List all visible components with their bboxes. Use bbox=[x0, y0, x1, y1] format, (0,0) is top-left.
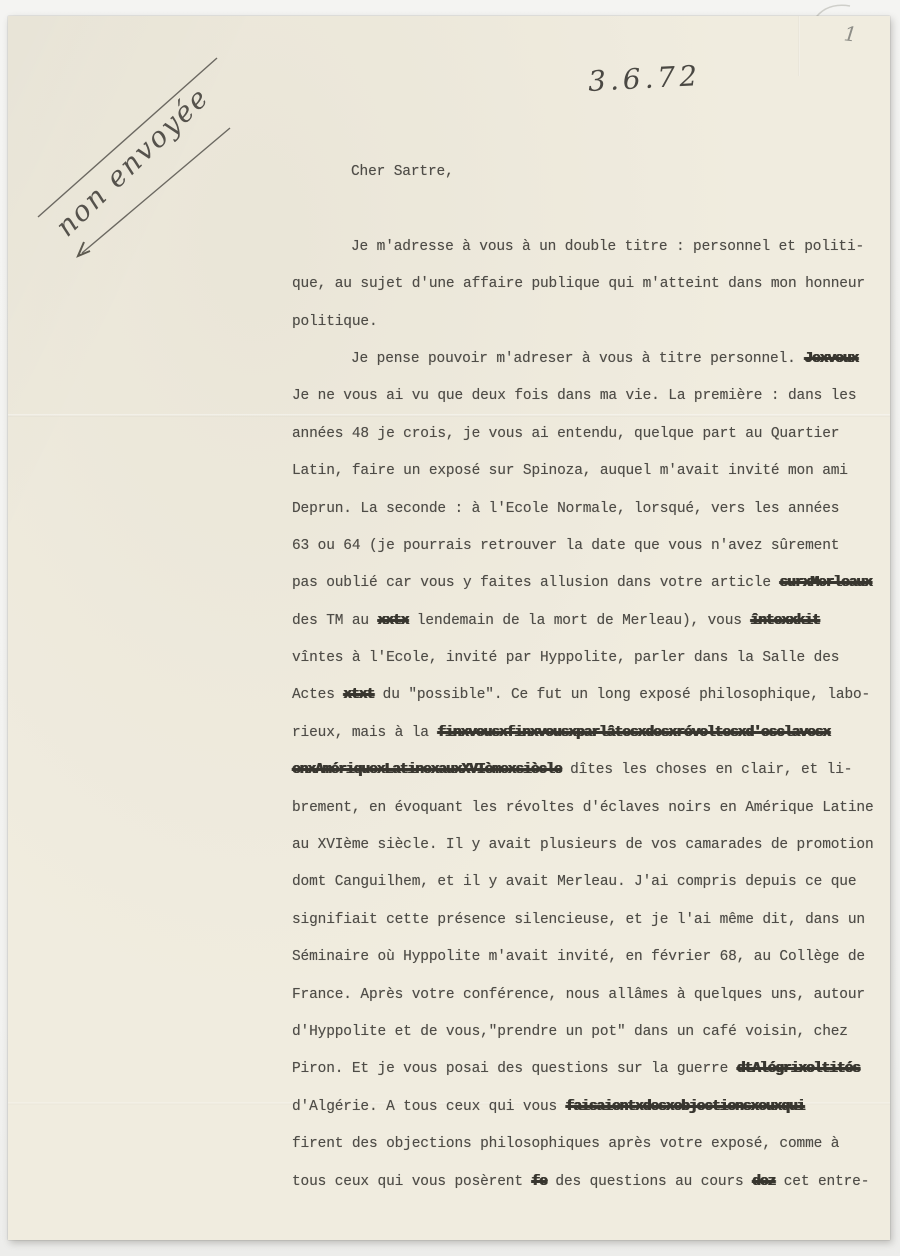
typed-text: dîtes les choses en clair, et li- bbox=[562, 762, 853, 778]
handwritten-annotation: non envoyée bbox=[35, 50, 265, 290]
typed-text: domt Canguilhem, et il y avait Merleau. … bbox=[292, 874, 856, 890]
typed-text: France. Après votre conférence, nous all… bbox=[292, 987, 865, 1003]
letter-line: au XVIème siècle. Il y avait plusieurs d… bbox=[292, 827, 880, 864]
handwritten-date: 3.6.72 bbox=[587, 59, 702, 98]
struck-text: dtAlégrixoltités bbox=[737, 1061, 860, 1077]
typed-text: au XVIème siècle. Il y avait plusieurs d… bbox=[292, 837, 874, 853]
struck-text: xtxt bbox=[343, 687, 374, 703]
typed-text: lendemain de la mort de Merleau), vous bbox=[408, 613, 750, 629]
letter-line: France. Après votre conférence, nous all… bbox=[292, 977, 880, 1014]
arrow-icon bbox=[78, 242, 90, 256]
typed-text: cet entre- bbox=[775, 1174, 869, 1190]
salutation: Cher Sartre, bbox=[292, 154, 880, 191]
letter-line: firent des objections philosophiques apr… bbox=[292, 1126, 880, 1163]
letter-line: domt Canguilhem, et il y avait Merleau. … bbox=[292, 864, 880, 901]
struck-text: dez bbox=[752, 1174, 775, 1190]
letter-line: d'Hyppolite et de vous,"prendre un pot" … bbox=[292, 1014, 880, 1051]
page-number: 1 bbox=[843, 21, 858, 46]
letter-line: d'Algérie. A tous ceux qui vous faisaien… bbox=[292, 1089, 880, 1126]
typed-text: Latin, faire un exposé sur Spinoza, auqu… bbox=[292, 463, 848, 479]
letter-line: signifiait cette présence silencieuse, e… bbox=[292, 902, 880, 939]
letter-line: enxAmériquexLatinexauxXVIèmexsiècle dîte… bbox=[292, 752, 880, 789]
letter-line: Je m'adresse à vous à un double titre : … bbox=[292, 229, 880, 266]
typed-text: firent des objections philosophiques apr… bbox=[292, 1136, 839, 1152]
letter-line: Je ne vous ai vu que deux fois dans ma v… bbox=[292, 378, 880, 415]
struck-text: enxAmériquexLatinexauxXVIèmexsiècle bbox=[292, 762, 562, 778]
fold-crease bbox=[798, 16, 800, 76]
letter-line: tous ceux qui vous posèrent fe des quest… bbox=[292, 1164, 880, 1201]
typed-text: Séminaire où Hyppolite m'avait invité, e… bbox=[292, 949, 865, 965]
letter-line: des TM au xxtx lendemain de la mort de M… bbox=[292, 603, 880, 640]
typed-text: Actes bbox=[292, 687, 343, 703]
letter-text-column: Cher Sartre, Je m'adresse à vous à un do… bbox=[292, 154, 880, 1201]
letter-line: 63 ou 64 (je pourrais retrouver la date … bbox=[292, 528, 880, 565]
typed-text: années 48 je crois, je vous ai entendu, … bbox=[292, 426, 839, 442]
letter-line: Piron. Et je vous posai des questions su… bbox=[292, 1051, 880, 1088]
struck-text: finxvousxfinxvousxparlâtesxdesxrévoltesx… bbox=[437, 725, 830, 741]
letter-line: vîntes à l'Ecole, invité par Hyppolite, … bbox=[292, 640, 880, 677]
typed-text: Je pense pouvoir m'adreser à vous à titr… bbox=[351, 351, 804, 367]
struck-text: surxMerleaux bbox=[779, 575, 871, 591]
letter-line: pas oublié car vous y faites allusion da… bbox=[292, 565, 880, 602]
typed-text: signifiait cette présence silencieuse, e… bbox=[292, 912, 865, 928]
struck-text: întexxkit bbox=[750, 613, 819, 629]
struck-text: Jexvoux bbox=[804, 351, 858, 367]
letter-line: Latin, faire un exposé sur Spinoza, auqu… bbox=[292, 453, 880, 490]
letter-page: non envoyée 3.6.72 1 Cher Sartre, Je m'a… bbox=[8, 16, 890, 1240]
letter-line: rieux, mais à la finxvousxfinxvousxparlâ… bbox=[292, 715, 880, 752]
typed-text: des TM au bbox=[292, 613, 378, 629]
letter-line: Deprun. La seconde : à l'Ecole Normale, … bbox=[292, 491, 880, 528]
typed-text: brement, en évoquant les révoltes d'écla… bbox=[292, 800, 874, 816]
typed-text: Deprun. La seconde : à l'Ecole Normale, … bbox=[292, 501, 839, 517]
letter-line: Actes xtxt du "possible". Ce fut un long… bbox=[292, 677, 880, 714]
struck-text: fe bbox=[531, 1174, 546, 1190]
typed-text: du "possible". Ce fut un long exposé phi… bbox=[374, 687, 870, 703]
typed-text: d'Algérie. A tous ceux qui vous bbox=[292, 1099, 566, 1115]
typed-text: 63 ou 64 (je pourrais retrouver la date … bbox=[292, 538, 839, 554]
typed-text: pas oublié car vous y faites allusion da… bbox=[292, 575, 779, 591]
typed-text: Je ne vous ai vu que deux fois dans ma v… bbox=[292, 388, 856, 404]
typed-text: que, au sujet d'une affaire publique qui… bbox=[292, 276, 865, 292]
typed-text: tous ceux qui vous posèrent bbox=[292, 1174, 531, 1190]
letter-line: brement, en évoquant les révoltes d'écla… bbox=[292, 790, 880, 827]
letter-body: Je m'adresse à vous à un double titre : … bbox=[292, 229, 880, 1201]
typed-text: politique. bbox=[292, 314, 378, 330]
typed-text: des questions au cours bbox=[547, 1174, 752, 1190]
letter-line: Je pense pouvoir m'adreser à vous à titr… bbox=[292, 341, 880, 378]
typed-text: vîntes à l'Ecole, invité par Hyppolite, … bbox=[292, 650, 839, 666]
letter-line: politique. bbox=[292, 304, 880, 341]
typed-text: rieux, mais à la bbox=[292, 725, 437, 741]
struck-text: xxtx bbox=[378, 613, 409, 629]
letter-line: Séminaire où Hyppolite m'avait invité, e… bbox=[292, 939, 880, 976]
struck-text: faisaientxdesxobjectionsxouxqui bbox=[566, 1099, 805, 1115]
letter-line: que, au sujet d'une affaire publique qui… bbox=[292, 266, 880, 303]
typed-text: Piron. Et je vous posai des questions su… bbox=[292, 1061, 737, 1077]
typed-text: Je m'adresse à vous à un double titre : … bbox=[351, 239, 864, 255]
typed-text: d'Hyppolite et de vous,"prendre un pot" … bbox=[292, 1024, 848, 1040]
letter-line: années 48 je crois, je vous ai entendu, … bbox=[292, 416, 880, 453]
